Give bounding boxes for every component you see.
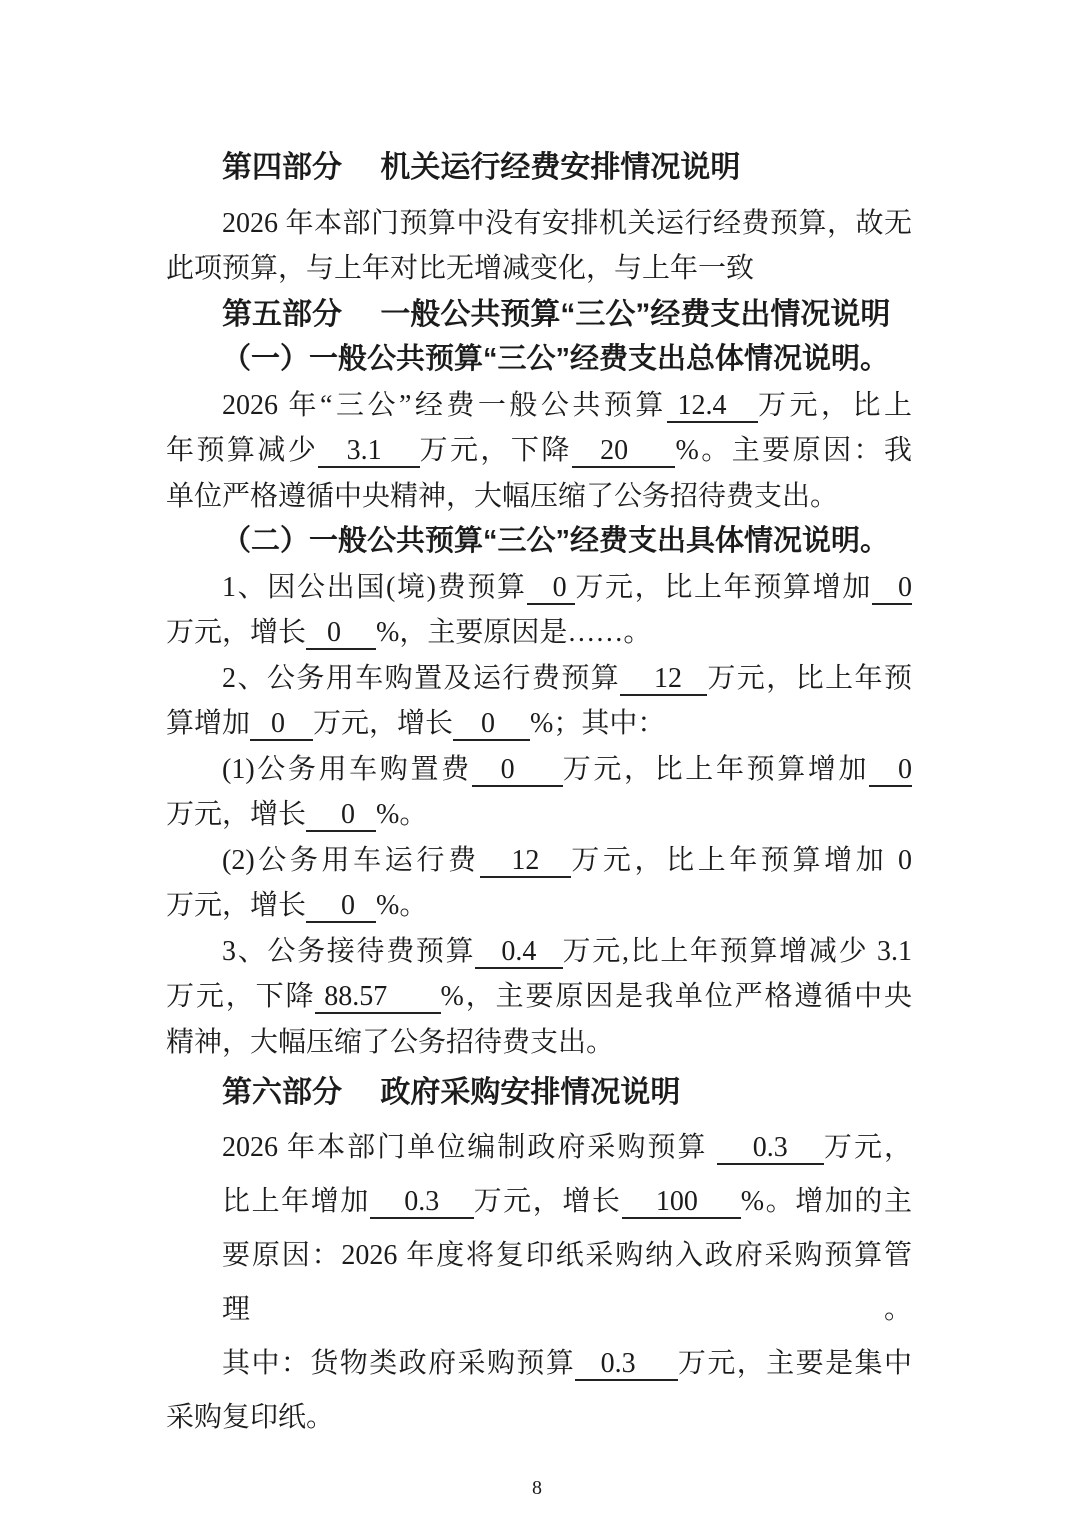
fill-in-blank: 100 bbox=[622, 1186, 741, 1219]
fill-in-blank: 88.57 bbox=[315, 981, 440, 1014]
text-segment: 万元，下降 bbox=[420, 435, 572, 466]
text-line: 2026 年本部门单位编制政府采购预算 0.3 万元， bbox=[166, 1121, 912, 1175]
text-segment: 1、因公出国(境)费预算 bbox=[222, 572, 527, 603]
text-segment: 万元，增长 bbox=[166, 890, 306, 921]
text-line: (2)公务用车运行费 12 万元，比上年预算增加 0 bbox=[166, 838, 912, 884]
text-segment: 万元，比上年预算增加 bbox=[575, 572, 872, 603]
text-segment: 第四部分 机关运行经费安排情况说明 bbox=[222, 151, 740, 184]
fill-in-blank: 0 bbox=[453, 708, 530, 741]
document-page: 第四部分 机关运行经费安排情况说明2026 年本部门预算中没有安排机关运行经费预… bbox=[0, 0, 1074, 1520]
text-line: 单位严格遵循中央精神，大幅压缩了公务招待费支出。 bbox=[166, 474, 912, 520]
document-body: 第四部分 机关运行经费安排情况说明2026 年本部门预算中没有安排机关运行经费预… bbox=[166, 145, 912, 1445]
fill-in-blank: 0 bbox=[306, 799, 376, 832]
fill-in-blank: 0 bbox=[306, 617, 376, 650]
section-heading: 第四部分 机关运行经费安排情况说明 bbox=[166, 145, 912, 191]
text-segment: 其中：货物类政府采购预算 bbox=[222, 1348, 575, 1379]
fill-in-blank: 12.4 bbox=[667, 390, 758, 423]
text-line: 比上年增加 0.3 万元，增长 100 %。增加的主 bbox=[166, 1175, 912, 1229]
text-segment: 2026 年本部门单位编制政府采购预算 bbox=[222, 1132, 717, 1163]
text-segment: 万元，比上年预算增加 bbox=[563, 754, 869, 785]
text-line: 1、因公出国(境)费预算 0 万元，比上年预算增加 0 bbox=[166, 565, 912, 611]
text-segment: %。主要原因：我 bbox=[675, 435, 912, 466]
text-line: 万元，增长 0 %，主要原因是……。 bbox=[166, 610, 912, 656]
text-segment: (1)公务用车购置费 bbox=[222, 754, 472, 785]
text-segment: 2026 年“三公”经费一般公共预算 bbox=[222, 390, 667, 421]
fill-in-blank: 0 bbox=[306, 890, 376, 923]
text-segment: 万元，主要是集中 bbox=[678, 1348, 912, 1379]
text-line: 要原因：2026 年度将复印纸采购纳入政府采购预算管理。 bbox=[166, 1229, 912, 1337]
text-segment: 采购复印纸。 bbox=[166, 1402, 334, 1433]
fill-in-blank: 0 bbox=[527, 572, 576, 605]
text-segment: 万元,比上年预算增减少 3.1 bbox=[563, 936, 912, 967]
fill-in-blank: 20 bbox=[572, 435, 676, 468]
text-line: 其中：货物类政府采购预算 0.3 万元，主要是集中 bbox=[166, 1337, 912, 1391]
text-segment: (2)公务用车运行费 bbox=[222, 845, 480, 876]
sub-heading: （一）一般公共预算“三公”经费支出总体情况说明。 bbox=[166, 337, 912, 383]
text-line: 年预算减少 3.1 万元，下降 20 %。主要原因：我 bbox=[166, 428, 912, 474]
text-line: 万元，下降 88.57 %，主要原因是我单位严格遵循中央 bbox=[166, 974, 912, 1020]
fill-in-blank: 0 bbox=[250, 708, 313, 741]
text-segment: 万元，增长 bbox=[474, 1186, 622, 1217]
sub-heading: （二）一般公共预算“三公”经费支出具体情况说明。 bbox=[166, 519, 912, 565]
text-segment: 2026 年本部门预算中没有安排机关运行经费预算，故无 bbox=[222, 208, 912, 239]
text-segment: 万元，增长 bbox=[166, 799, 306, 830]
text-line: 采购复印纸。 bbox=[166, 1391, 912, 1445]
text-segment: 万元，增长 bbox=[166, 617, 306, 648]
text-segment: 第五部分 一般公共预算“三公”经费支出情况说明 bbox=[222, 298, 890, 331]
text-segment: 精神，大幅压缩了公务招待费支出。 bbox=[166, 1027, 614, 1058]
text-line: 2026 年本部门预算中没有安排机关运行经费预算，故无 bbox=[166, 201, 912, 247]
fill-in-blank: 0.4 bbox=[475, 936, 562, 969]
text-segment: %。 bbox=[376, 799, 427, 830]
text-line: 2、公务用车购置及运行费预算 12 万元，比上年预 bbox=[166, 656, 912, 702]
fill-in-blank: 12 bbox=[480, 845, 572, 878]
text-segment: 万元，比上年预 bbox=[707, 663, 912, 694]
text-segment: 万元，增长 bbox=[313, 708, 453, 739]
text-segment: 比上年增加 bbox=[222, 1186, 370, 1217]
text-line: 精神，大幅压缩了公务招待费支出。 bbox=[166, 1020, 912, 1066]
fill-in-blank: 0.3 bbox=[717, 1132, 824, 1165]
text-segment: 2、公务用车购置及运行费预算 bbox=[222, 663, 620, 694]
text-line: 万元，增长 0 %。 bbox=[166, 792, 912, 838]
text-line: 此项预算，与上年对比无增减变化，与上年一致 bbox=[166, 246, 912, 292]
text-segment: %，主要原因是……。 bbox=[376, 617, 651, 648]
text-segment: 万元， bbox=[824, 1132, 912, 1163]
fill-in-blank: 0 bbox=[472, 754, 563, 787]
text-segment: （一）一般公共预算“三公”经费支出总体情况说明。 bbox=[222, 343, 889, 375]
text-segment: 3、公务接待费预算 bbox=[222, 936, 475, 967]
text-segment: 算增加 bbox=[166, 708, 250, 739]
fill-in-blank: 12 bbox=[620, 663, 707, 696]
text-segment: %。 bbox=[376, 890, 427, 921]
text-segment: （二）一般公共预算“三公”经费支出具体情况说明。 bbox=[222, 525, 889, 557]
text-line: 3、公务接待费预算 0.4 万元,比上年预算增减少 3.1 bbox=[166, 929, 912, 975]
text-segment: 要原因：2026 年度将复印纸采购纳入政府采购预算管理。 bbox=[222, 1240, 912, 1325]
page-number: 8 bbox=[0, 1477, 1074, 1500]
text-segment: 单位严格遵循中央精神，大幅压缩了公务招待费支出。 bbox=[166, 481, 838, 512]
fill-in-blank: 0 bbox=[869, 754, 912, 787]
section-heading: 第五部分 一般公共预算“三公”经费支出情况说明 bbox=[166, 292, 912, 338]
fill-in-blank: 0.3 bbox=[575, 1348, 678, 1381]
text-segment: 此项预算，与上年对比无增减变化，与上年一致 bbox=[166, 253, 754, 284]
fill-in-blank: 0 bbox=[872, 572, 912, 605]
text-segment: 万元，比上年预算增加 0 bbox=[571, 845, 912, 876]
text-segment: 年预算减少 bbox=[166, 435, 318, 466]
text-segment: %，主要原因是我单位严格遵循中央 bbox=[441, 981, 912, 1012]
text-segment: %；其中： bbox=[530, 708, 665, 739]
text-line: 2026 年“三公”经费一般公共预算 12.4 万元，比上 bbox=[166, 383, 912, 429]
text-segment: %。增加的主 bbox=[741, 1186, 912, 1217]
fill-in-blank: 0.3 bbox=[370, 1186, 474, 1219]
text-line: 算增加 0 万元，增长 0 %；其中： bbox=[166, 701, 912, 747]
section-heading: 第六部分 政府采购安排情况说明 bbox=[166, 1070, 912, 1116]
text-line: (1)公务用车购置费 0 万元，比上年预算增加 0 bbox=[166, 747, 912, 793]
fill-in-blank: 3.1 bbox=[318, 435, 419, 468]
text-segment: 第六部分 政府采购安排情况说明 bbox=[222, 1076, 680, 1109]
text-line: 万元，增长 0 %。 bbox=[166, 883, 912, 929]
text-segment: 万元，下降 bbox=[166, 981, 315, 1012]
text-segment: 万元，比上 bbox=[758, 390, 912, 421]
